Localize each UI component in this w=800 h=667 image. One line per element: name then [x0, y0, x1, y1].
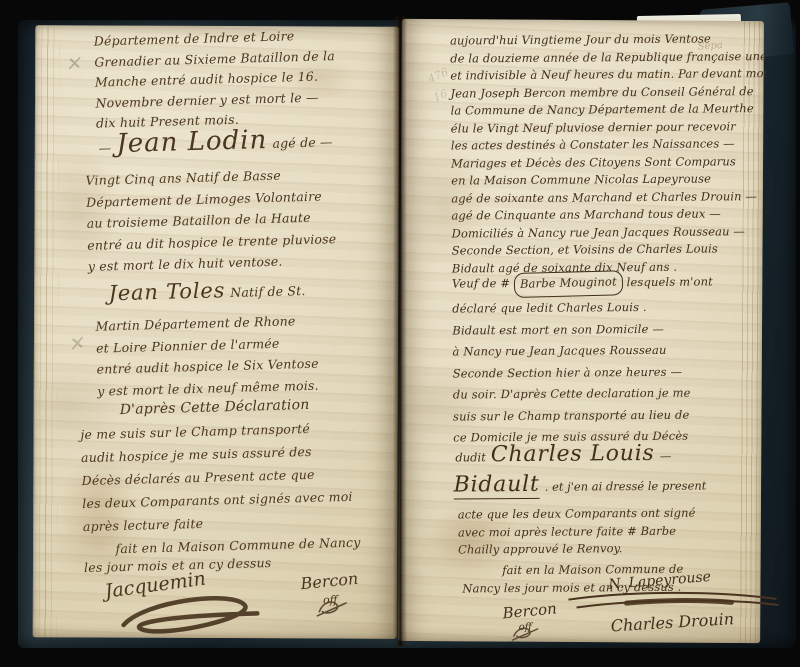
entry-continuation: Département de Indre et LoireGrenadier a…	[94, 25, 337, 134]
closing-declaration: D'après Cette Déclarationje me suis sur …	[79, 393, 353, 538]
manuscript-line: Chailly approuvé le Renvoy.	[458, 540, 696, 559]
deceased-name-large: Charles Louis	[491, 441, 655, 467]
entry-heading-toles: Jean Toles Natif de St.	[108, 276, 306, 305]
manuscript-line: Domiciliés à Nancy rue Jean Jacques Rous…	[452, 223, 769, 243]
signature-bercon-right: Bercon	[502, 599, 558, 622]
renvoi-suffix: lesquels m'ont	[627, 274, 713, 289]
right-page: 476 16 Sepa aujourd'hui Vingtieme Jour d…	[398, 19, 764, 643]
deceased-surname-large: Bidault	[453, 472, 539, 500]
manuscript-line: suis sur le Champ transporté au lieu de	[453, 404, 691, 427]
manuscript-line: du soir. D'après Cette declaration je me	[453, 383, 691, 406]
manuscript-line: la Commune de Nancy Département de la Me…	[451, 100, 768, 120]
heading-lead-dash: —	[98, 140, 111, 155]
manuscript-line: et indivisible à Neuf heures du matin. P…	[450, 65, 767, 85]
act-closing: acte que les deux Comparants ont signéav…	[458, 505, 696, 559]
boxed-widow-name: Barbe Mouginot	[514, 270, 623, 297]
manuscript-line: déclaré que ledit Charles Louis .	[452, 297, 690, 320]
signature-flourish	[117, 591, 264, 643]
signature-paraph	[511, 624, 541, 646]
deceased-name: Jean Lodin	[116, 125, 268, 159]
manuscript-line: Seconde Section hier à onze heures —	[453, 361, 691, 384]
book-gutter-shadow	[393, 16, 407, 646]
entry-lodin-body: Vingt Cinq ans Natif de BasseDépartement…	[85, 163, 337, 277]
renvoi-line: Veuf de # Barbe Mouginot lesquels m'ont	[452, 270, 713, 297]
emphasized-name-line: dudit Charles Louis —	[455, 441, 671, 468]
signature-paraph	[315, 597, 350, 622]
entry-toles-body: Martin Département de Rhoneet Loire Pion…	[95, 310, 319, 402]
manuscript-line: Bidault est mort en son Domicile —	[452, 318, 690, 341]
deceased-name: Jean Toles	[108, 278, 225, 305]
emphasis-rest: . et j'en ai dressé le present	[545, 479, 707, 494]
left-page-text: Département de Indre et LoireGrenadier a…	[35, 15, 415, 637]
renvoi-prefix: Veuf de #	[452, 276, 510, 290]
manuscript-line: acte que les deux Comparants ont signé	[458, 505, 696, 524]
manuscript-line: Mariages et Décès des Citoyens Sont Comp…	[451, 153, 768, 173]
filler-dash: —	[660, 449, 672, 463]
signature-bercon-left: Bercon	[300, 569, 359, 593]
entry-heading-lodin: — Jean Lodin agé de —	[98, 123, 333, 159]
heading-suffix: Natif de St.	[230, 283, 306, 300]
act-opening: aujourd'hui Vingtieme Jour du mois Vento…	[450, 30, 769, 277]
emphasized-surname-line: Bidault . et j'en ai dressé le present	[453, 471, 706, 498]
manuscript-line: agé de soixante ans Marchand et Charles …	[451, 188, 768, 208]
scanned-register-photo: ✕ ✕ Département de Indre et LoireGrenadi…	[0, 0, 800, 667]
emphasis-prefix: dudit	[455, 450, 486, 464]
manuscript-line: à Nancy rue Jean Jacques Rousseau	[452, 340, 690, 363]
heading-suffix: agé de —	[272, 134, 333, 151]
act-body: déclaré que ledit Charles Louis .Bidault…	[452, 297, 691, 449]
right-page-text: aujourd'hui Vingtieme Jour du mois Vento…	[402, 16, 769, 641]
manuscript-line: avec moi après lecture faite # Barbe	[458, 522, 696, 541]
manuscript-line: les actes destinés à Constater les Naiss…	[451, 135, 768, 155]
left-page: ✕ ✕ Département de Indre et LoireGrenadi…	[33, 25, 400, 639]
